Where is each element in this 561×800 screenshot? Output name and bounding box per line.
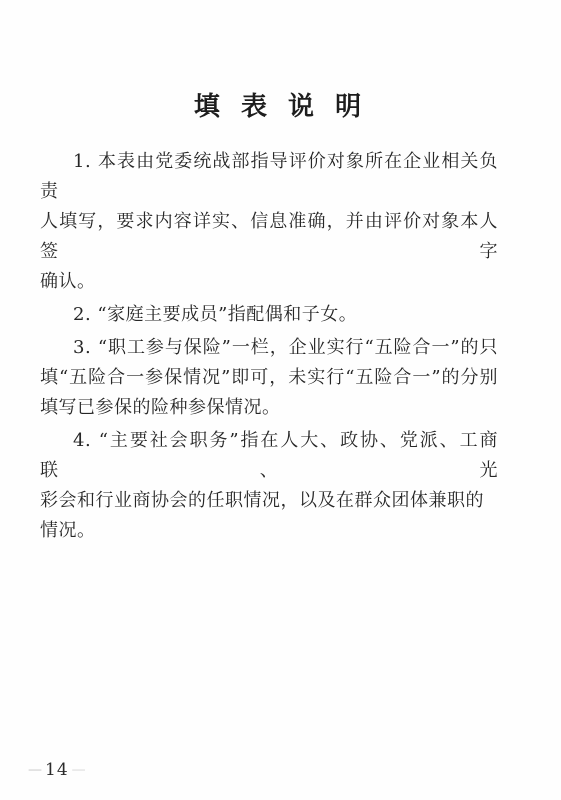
page-title: 填 表 说 明	[0, 91, 561, 123]
page-footer: — 14 —	[28, 760, 86, 780]
page-number: 14	[45, 760, 69, 780]
footer-right-dash: —	[72, 761, 86, 779]
paragraph-line: 3. “职工参与保险”一栏，企业实行“五险合一”的只	[40, 333, 498, 363]
paragraph-line: 4. “主要社会职务”指在人大、政协、党派、工商联、光	[40, 426, 498, 486]
document-page: 填 表 说 明 1. 本表由党委统战部指导评价对象所在企业相关负责 人填写，要求…	[0, 0, 561, 800]
paragraph-line: 确认。	[40, 267, 498, 297]
paragraph-1: 1. 本表由党委统战部指导评价对象所在企业相关负责 人填写，要求内容详实、信息准…	[40, 147, 498, 297]
footer-left-dash: —	[28, 761, 42, 779]
paragraph-line: 填写已参保的险种参保情况。	[40, 393, 498, 423]
paragraph-line: 人填写，要求内容详实、信息准确，并由评价对象本人签字	[40, 207, 498, 267]
paragraph-line: 1. 本表由党委统战部指导评价对象所在企业相关负责	[40, 147, 498, 207]
document-body: 1. 本表由党委统战部指导评价对象所在企业相关负责 人填写，要求内容详实、信息准…	[40, 147, 498, 546]
paragraph-2: 2. “家庭主要成员”指配偶和子女。	[40, 300, 498, 330]
paragraph-line: 填“五险合一参保情况”即可，未实行“五险合一”的分别	[40, 363, 498, 393]
paragraph-4: 4. “主要社会职务”指在人大、政协、党派、工商联、光 彩会和行业商协会的任职情…	[40, 426, 498, 546]
paragraph-line: 彩会和行业商协会的任职情况，以及在群众团体兼职的情况。	[40, 486, 498, 546]
paragraph-line: 2. “家庭主要成员”指配偶和子女。	[40, 300, 498, 330]
paragraph-3: 3. “职工参与保险”一栏，企业实行“五险合一”的只 填“五险合一参保情况”即可…	[40, 333, 498, 423]
